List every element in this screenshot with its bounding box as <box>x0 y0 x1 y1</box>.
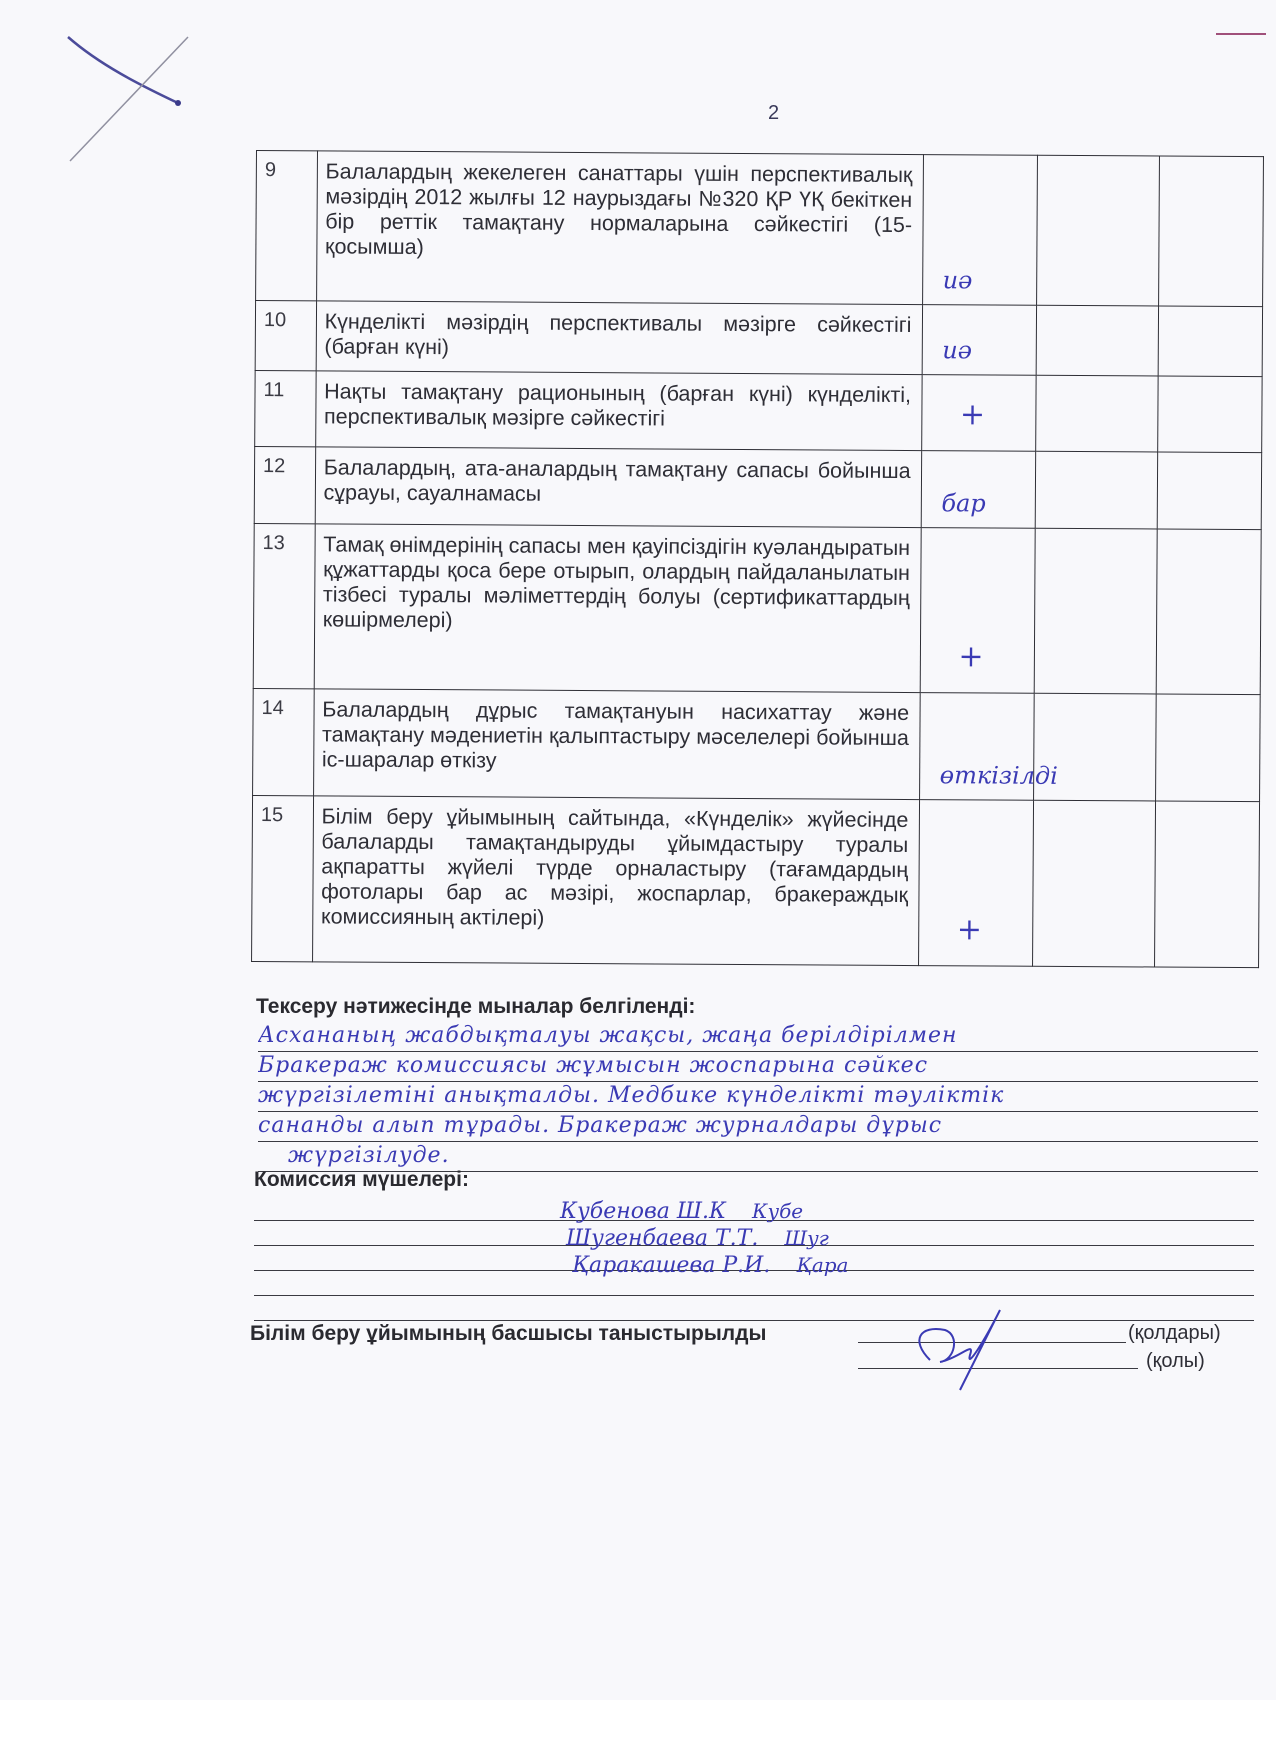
table-row: 13Тамақ өнімдерінің сапасы мен қауіпсізд… <box>253 523 1261 694</box>
empty-cell <box>1159 156 1264 307</box>
member-name: Кубенова Ш.К <box>560 1199 726 1224</box>
criterion-text: Балалардың жекелеген санаттары үшін перс… <box>316 151 923 305</box>
empty-cell <box>1158 376 1262 453</box>
head-acknowledged-label: Білім беру ұйымының басшысы таныстырылды <box>250 1322 766 1346</box>
page-bottom-margin <box>0 1700 1276 1755</box>
note-line: Бракераж комиссиясы жұмысын жоспарына сә… <box>258 1052 1258 1082</box>
handwritten-mark: + <box>957 912 982 947</box>
table-row: 12Балалардың, ата-аналардың тамақтану са… <box>254 446 1261 529</box>
empty-cell <box>1156 694 1261 802</box>
result-cell: иә <box>922 155 1037 306</box>
row-number: 14 <box>253 688 314 795</box>
criterion-text: Балалардың, ата-аналардың тамақтану сапа… <box>315 447 921 528</box>
corner-mark <box>1216 33 1266 35</box>
empty-cell <box>1156 529 1261 695</box>
result-cell: + <box>918 800 1033 967</box>
criterion-text: Күнделікті мәзірдің перспективалы мәзірг… <box>316 301 922 375</box>
empty-cell <box>1036 155 1159 306</box>
result-cell: бар <box>921 451 1036 529</box>
table-row: 15Білім беру ұйымының сайтында, «Күнделі… <box>252 795 1260 967</box>
criterion-text: Тамақ өнімдерінің сапасы мен қауіпсіздіг… <box>314 524 921 693</box>
member-name: Қаракашева Р.И. <box>572 1253 770 1278</box>
commission-member: Кубенова Ш.ККубе <box>560 1198 848 1225</box>
page-number: 2 <box>768 102 779 125</box>
table-row: 14Балалардың дұрыс тамақтануын насихатта… <box>253 688 1261 801</box>
member-name: Шугенбаева Т.Т. <box>566 1226 758 1251</box>
checklist-table: 9Балалардың жекелеген санаттары үшін пер… <box>251 150 1264 968</box>
note-line: Асхананың жабдықталуы жақсы, жаңа берілд… <box>258 1022 1258 1052</box>
signatures-caption: (қолдары) <box>1128 1322 1221 1345</box>
member-signature: Кубе <box>752 1198 803 1224</box>
result-cell: + <box>920 528 1035 694</box>
row-number: 9 <box>256 151 318 301</box>
note-line: сананды алып тұрады. Бракераж журналдары… <box>258 1112 1258 1142</box>
handwritten-mark: + <box>960 397 985 432</box>
signature-line <box>254 1296 1254 1321</box>
empty-cell <box>1158 306 1262 377</box>
table-row: 11Нақты тамақтану рационының (барған күн… <box>255 370 1262 452</box>
handwritten-mark: иә <box>942 336 972 364</box>
head-signature-icon <box>900 1300 1020 1400</box>
criterion-text: Білім беру ұйымының сайтында, «Күнделік»… <box>312 796 919 966</box>
empty-cell <box>1035 451 1158 529</box>
signature-caption: (қолы) <box>1146 1350 1205 1373</box>
row-number: 15 <box>252 795 314 961</box>
empty-cell <box>1035 375 1158 452</box>
member-signature: Шуг <box>784 1225 829 1251</box>
criterion-text: Нақты тамақтану рационының (барған күні)… <box>315 371 921 451</box>
handwritten-mark: + <box>958 639 983 674</box>
result-cell: өткізілді <box>919 693 1034 801</box>
row-number: 11 <box>255 370 316 446</box>
empty-cell <box>1036 305 1159 376</box>
result-cell: иә <box>922 305 1037 376</box>
handwritten-mark: өткізілді <box>940 761 1058 790</box>
result-cell: + <box>921 375 1036 452</box>
empty-cell <box>1157 452 1261 530</box>
handwritten-mark: бар <box>941 489 985 517</box>
handwritten-findings: Асхананың жабдықталуы жақсы, жаңа берілд… <box>258 1022 1258 1172</box>
commission-member: Қаракашева Р.И.Қара <box>560 1252 848 1279</box>
handwritten-mark: иә <box>943 266 973 294</box>
row-number: 10 <box>255 301 316 371</box>
empty-cell <box>1155 801 1260 968</box>
commission-members: Кубенова Ш.ККубеШугенбаева Т.Т.ШугҚарака… <box>560 1198 848 1279</box>
table-row: 9Балалардың жекелеген санаттары үшін пер… <box>256 151 1264 307</box>
empty-cell <box>1034 528 1157 694</box>
member-signature: Қара <box>796 1252 848 1278</box>
criterion-text: Балалардың дұрыс тамақтануын насихаттау … <box>313 689 919 800</box>
pen-cross-mark-icon <box>60 15 200 165</box>
table-row: 10Күнделікті мәзірдің перспективалы мәзі… <box>255 301 1262 377</box>
row-number: 12 <box>254 446 315 523</box>
empty-cell <box>1032 800 1155 967</box>
note-line: жүргізілетіні анықталды. Медбике күнделі… <box>258 1082 1258 1112</box>
results-heading: Тексеру нәтижесінде мыналар белгіленді: <box>256 995 695 1019</box>
commission-member: Шугенбаева Т.Т.Шуг <box>560 1225 848 1252</box>
row-number: 13 <box>253 523 315 688</box>
commission-label: Комиссия мүшелері: <box>254 1168 469 1192</box>
